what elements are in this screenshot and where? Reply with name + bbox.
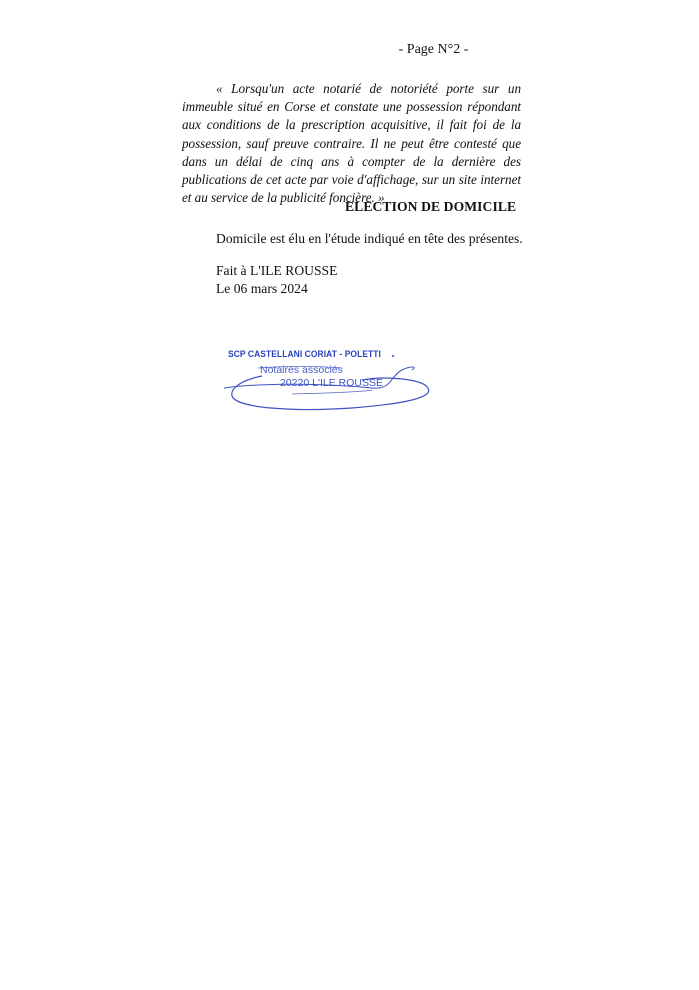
legal-quote-paragraph: « Lorsqu'un acte notarié de notoriété po…: [182, 80, 521, 207]
stamp-dot: [392, 355, 394, 357]
domicile-statement: Domicile est élu en l'étude indiqué en t…: [216, 231, 523, 247]
stamp-role: Notaires associés: [260, 364, 343, 376]
signature-date: Le 06 mars 2024: [216, 281, 308, 297]
section-title-election-domicile: ELECTION DE DOMICILE: [345, 199, 516, 215]
signature-place: Fait à L'ILE ROUSSE: [216, 263, 337, 279]
notary-stamp-signature: SCP CASTELLANI CORIAT - POLETTI Notaires…: [222, 346, 442, 416]
stamp-city: 20220 L'ILE ROUSSE: [280, 377, 383, 389]
stamp-firm-name: SCP CASTELLANI CORIAT - POLETTI: [228, 349, 381, 360]
page-number: - Page N°2 -: [0, 42, 699, 58]
